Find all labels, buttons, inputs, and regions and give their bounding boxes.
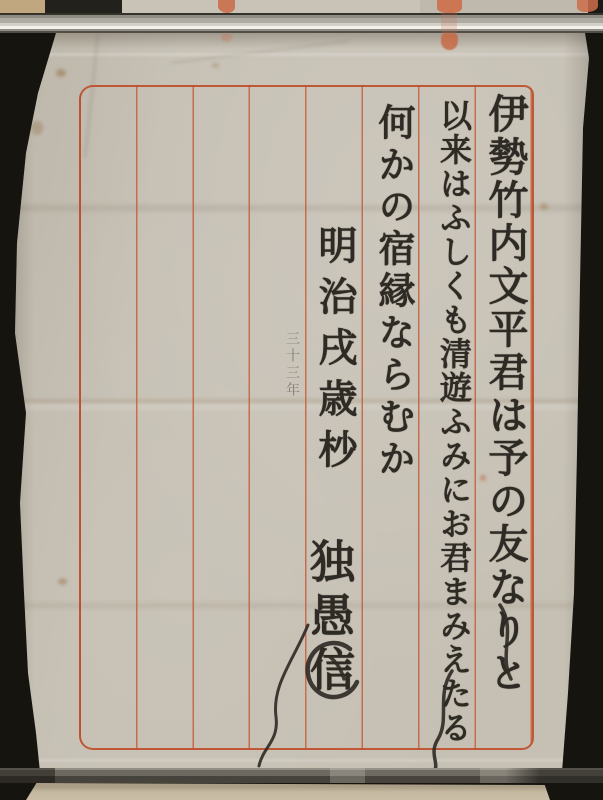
photo-of-manuscript: 伊勢竹内文平君は予の友なりと 以来はふしくも清遊ふみにお君まみえたる 何かの宿縁… [0,0,603,800]
calligraphy-signature: 独愚信 [301,538,361,753]
paper-edge-shadow [0,33,70,772]
red-drip-icon [218,0,235,13]
foxing-spot [56,69,66,77]
calligraphy-line-1: 伊勢竹内文平君は予の友なりと [477,93,534,733]
red-drip-icon [437,0,462,13]
acrylic-rod-bottom [0,768,603,783]
foxing-spot [540,203,548,210]
paper-edge-shadow [557,33,603,772]
red-drip-icon [441,33,458,50]
paper-edge-below-rod [26,783,550,800]
red-drip-stain [221,33,232,42]
foxing-spot [31,121,43,135]
paper-fold-ridge [0,759,603,762]
calligraphy-date-line: 明治戌歳杪 [306,225,362,525]
red-drip-on-rod [441,13,457,33]
paper-fold-ridge [0,53,603,56]
foxing-spot [212,63,219,68]
pencil-annotation: 三十三年 [284,331,302,421]
paper-edge-above-rod [0,0,603,13]
calligraphy-line-2: 以来はふしくも清遊ふみにお君まみえたる [421,99,477,774]
red-drip-icon [577,0,598,12]
calligraphy-line-3: 何かの宿縁ならむか [364,103,420,533]
acrylic-rod-top [0,13,603,33]
foxing-spot [58,578,67,585]
manuscript-sheet: 伊勢竹内文平君は予の友なりと 以来はふしくも清遊ふみにお君まみえたる 何かの宿縁… [0,33,603,772]
